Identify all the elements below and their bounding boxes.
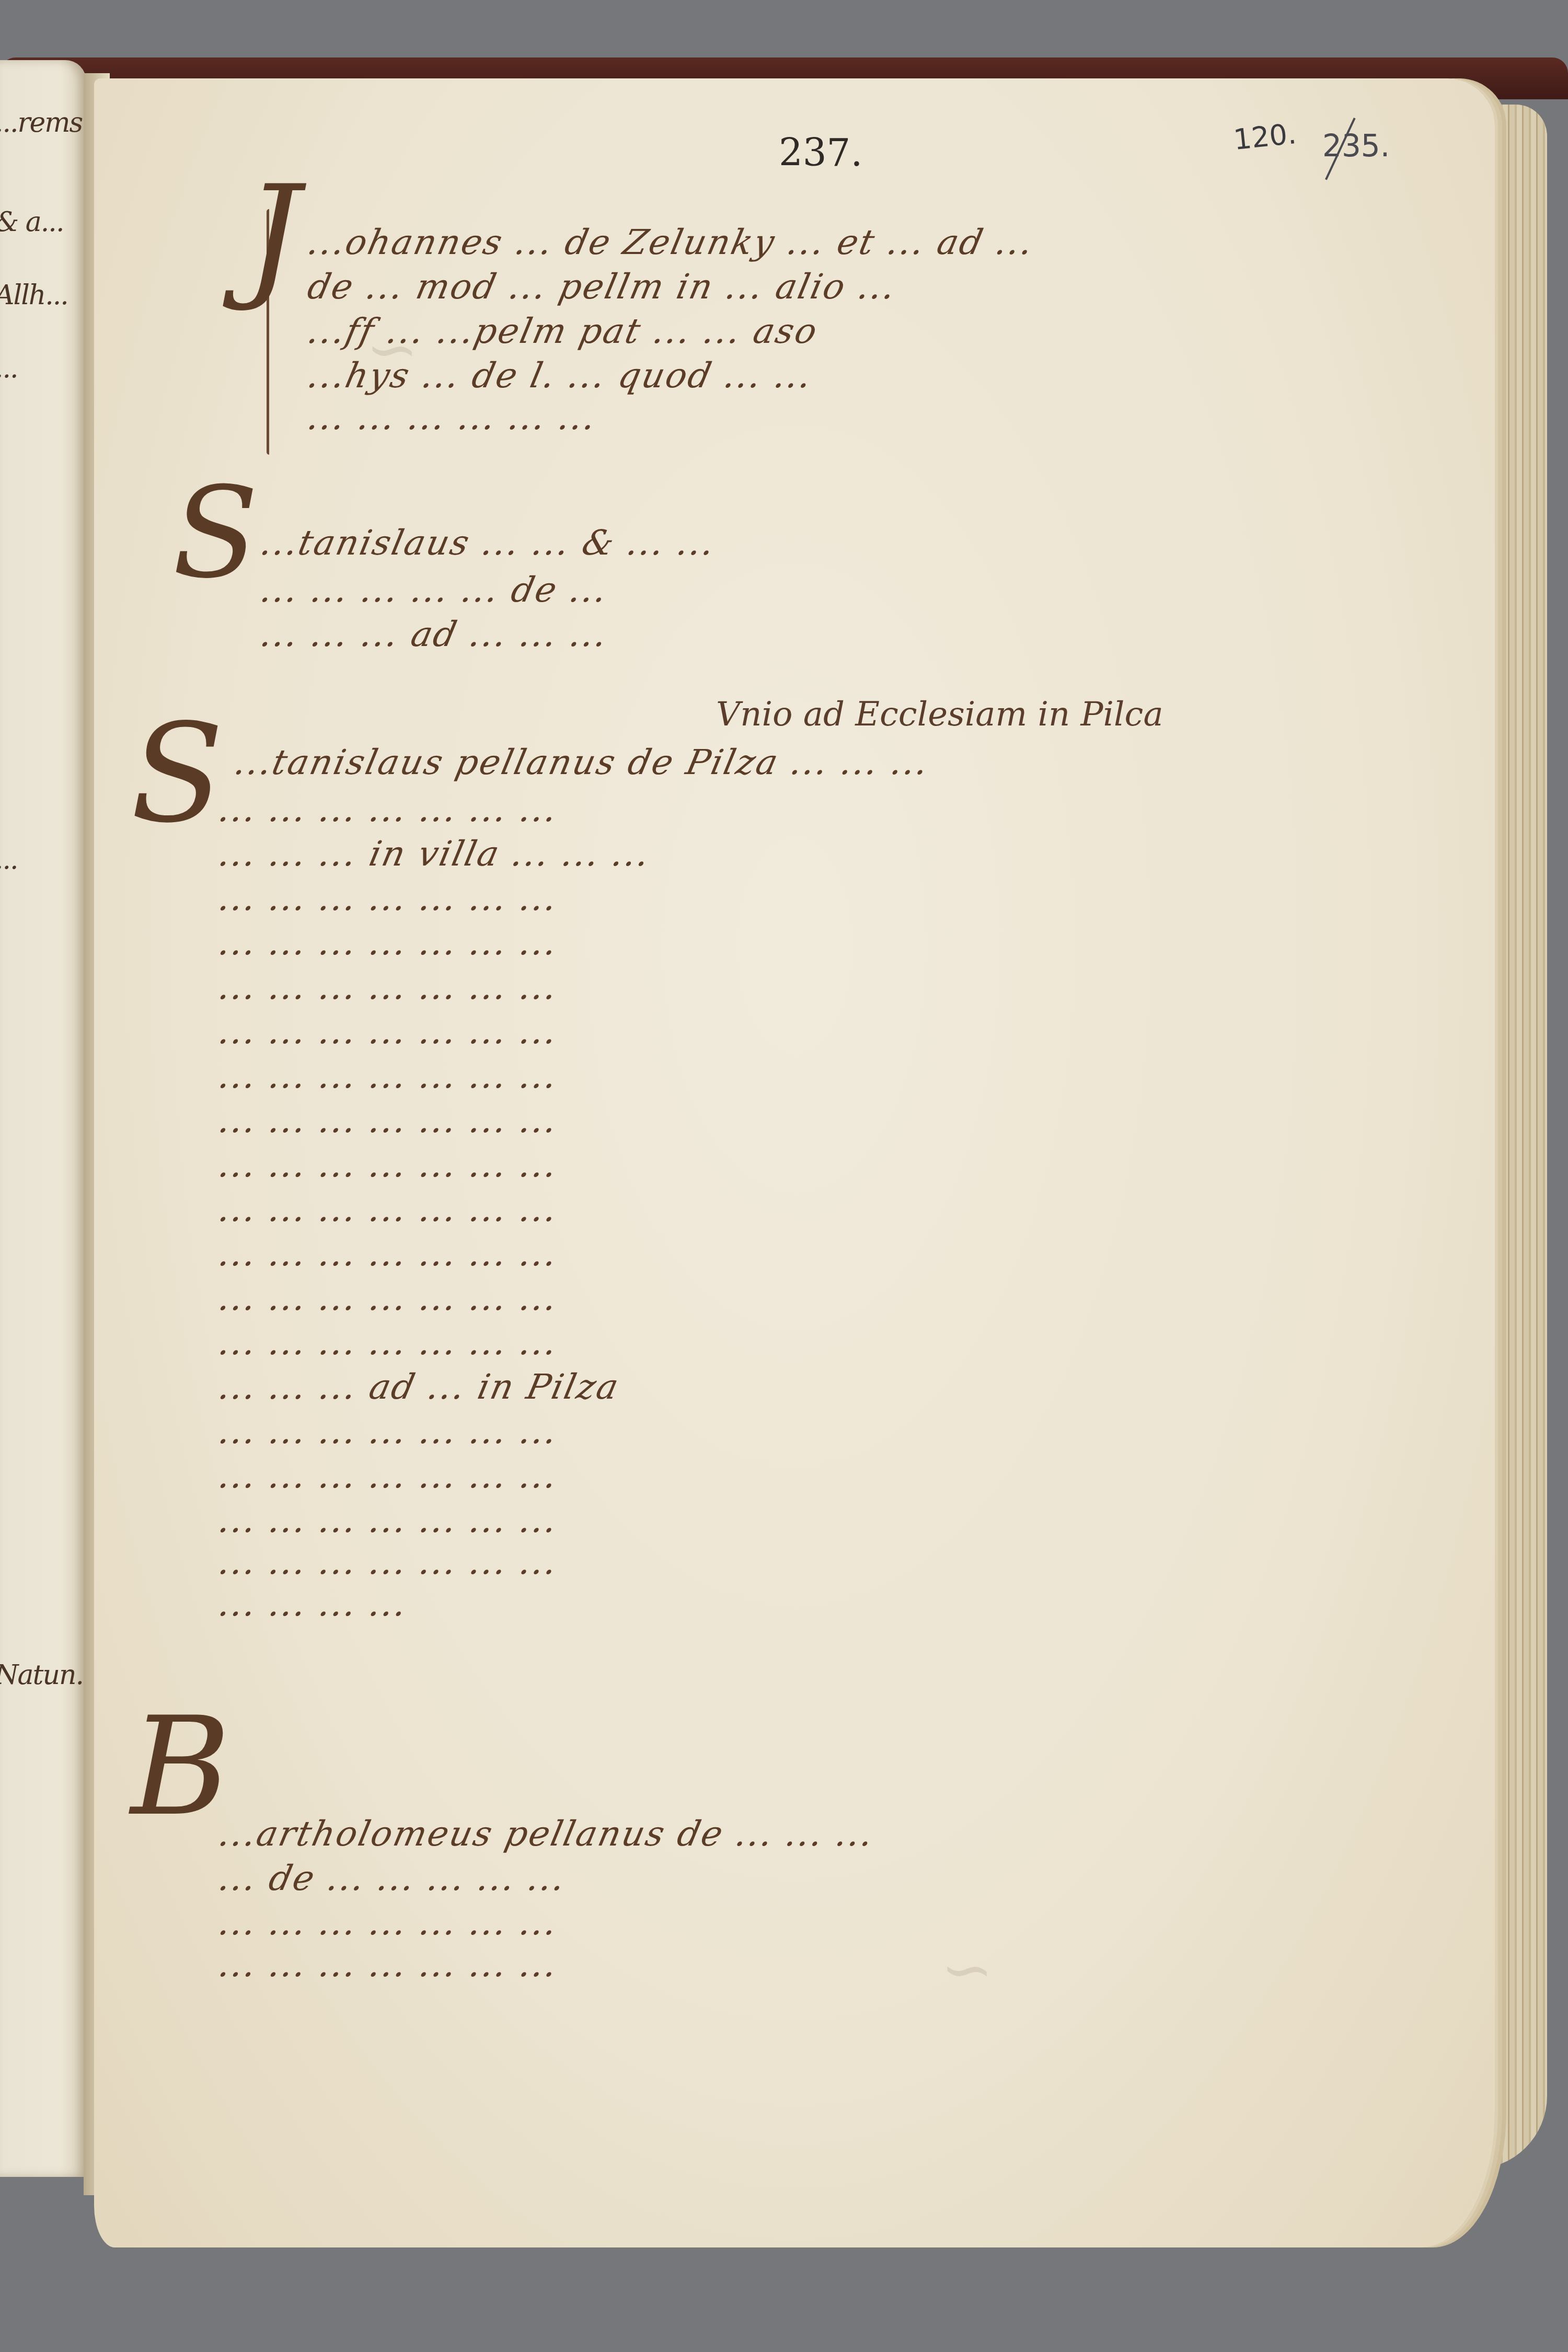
left-page-fragment: & a... — [0, 206, 63, 238]
left-page-fragment: ...rems in... — [0, 107, 86, 139]
text-line: ... ... ... ... ... ... — [304, 397, 601, 437]
text-line: ...ohannes ... de Zelunky ... et ... ad … — [304, 222, 1038, 262]
text-line: ...hys ... de l. ... quod ... ... — [304, 355, 817, 396]
entry-initial: J — [246, 157, 300, 315]
text-line: de ... mod ... pellm in ... alio ... — [304, 267, 901, 307]
text-line: ... ... ... ... ... ... ... — [215, 1011, 562, 1052]
text-line: ...tanislaus ... ... & ... ... — [257, 523, 720, 563]
folio-alt-number: 120. — [1232, 117, 1298, 156]
text-line: ...tanislaus pellanus de Pilza ... ... .… — [231, 742, 933, 782]
text-line: ...artholomeus pellanus de ... ... ... — [215, 1814, 879, 1854]
marginal-heading: Vnio ad Ecclesiam in Pilca — [716, 695, 1163, 734]
left-page-fragment: Allh... — [0, 280, 68, 311]
text-line: ... ... ... ... ... de ... — [257, 570, 612, 610]
text-line: ... ... ... ... ... ... ... — [215, 1500, 562, 1540]
entry-initial: S — [131, 695, 224, 853]
text-line: ... ... ... ... ... ... ... — [215, 1944, 562, 1985]
text-line: ... ... ... ad ... ... ... — [257, 614, 612, 654]
text-line: ... de ... ... ... ... ... — [215, 1858, 570, 1898]
left-page-fragment: ... — [0, 353, 18, 384]
folio-struck-number: 235. — [1322, 128, 1390, 164]
text-line: ... ... ... ... ... ... ... — [215, 1100, 562, 1140]
text-line: ... ... ... ... ... ... ... — [215, 923, 562, 963]
text-line: ... ... ... ... ... ... ... — [215, 1456, 562, 1496]
text-line: ... ... ... ... ... ... ... — [215, 1278, 562, 1318]
text-line: ... ... ... ... ... ... ... — [215, 1542, 562, 1582]
left-page-fragment: Natun... — [0, 1659, 86, 1691]
entry-initial: S — [172, 460, 258, 606]
text-line: ... ... ... ... ... ... ... — [215, 1411, 562, 1451]
left-page: ...rems in... & a... ... Allh... ... Nat… — [0, 60, 86, 2177]
text-line: ... ... ... ... ... ... ... — [215, 1056, 562, 1096]
text-line: ... ... ... ... ... ... ... — [215, 1903, 562, 1943]
text-line: ... ... ... ad ... in Pilza — [215, 1367, 624, 1407]
ink-bleed-through: ~ — [941, 1934, 994, 2007]
text-line: ...ff ... ...pelm pat ... ... aso — [304, 311, 822, 351]
text-line: ... ... ... ... ... ... ... — [215, 1322, 562, 1363]
text-line: ... ... ... ... ... ... ... — [215, 967, 562, 1007]
text-line: ... ... ... ... ... ... ... — [215, 1233, 562, 1274]
text-line: ... ... ... ... ... ... ... — [215, 1145, 562, 1185]
left-page-fragment: ... — [0, 844, 18, 875]
entry-initial: B — [131, 1688, 230, 1846]
text-line: ... ... ... ... — [215, 1584, 412, 1624]
text-line: ... ... ... ... ... ... ... — [215, 1189, 562, 1229]
text-line: ... ... ... ... ... ... ... — [215, 789, 562, 829]
text-line: ... ... ... ... ... ... ... — [215, 878, 562, 918]
folio-number: 237. — [779, 131, 862, 175]
text-line: ... ... ... in villa ... ... ... — [215, 834, 654, 874]
